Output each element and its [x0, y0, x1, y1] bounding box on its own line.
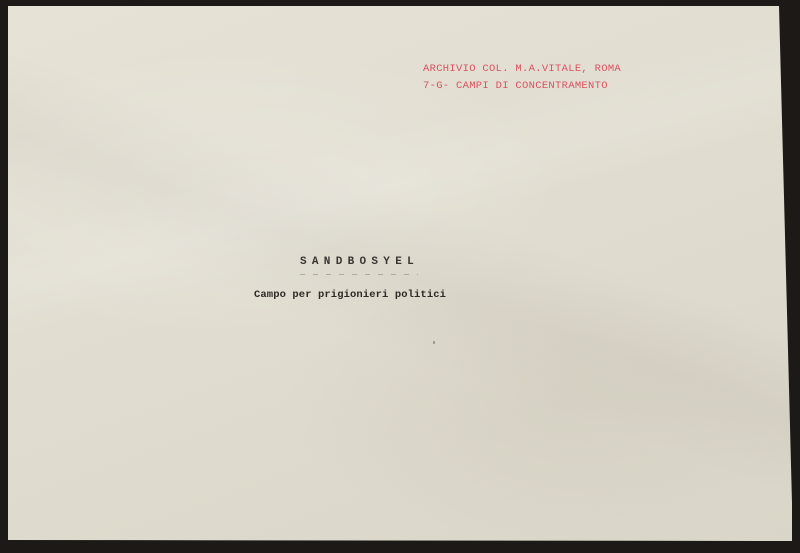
document-subtitle: Campo per prigionieri politici [254, 289, 446, 301]
archive-stamp-line-1: ARCHIVIO COL. M.A.VITALE, ROMA [423, 63, 621, 75]
document-title: SANDBOSYEL [300, 256, 419, 268]
scanned-document-viewer: ARCHIVIO COL. M.A.VITALE, ROMA 7-G- CAMP… [0, 0, 800, 553]
archive-stamp-line-2: 7-G- CAMPI DI CONCENTRAMENTO [423, 80, 608, 92]
paper-speck [433, 341, 435, 344]
title-dashed-underline [300, 274, 418, 275]
